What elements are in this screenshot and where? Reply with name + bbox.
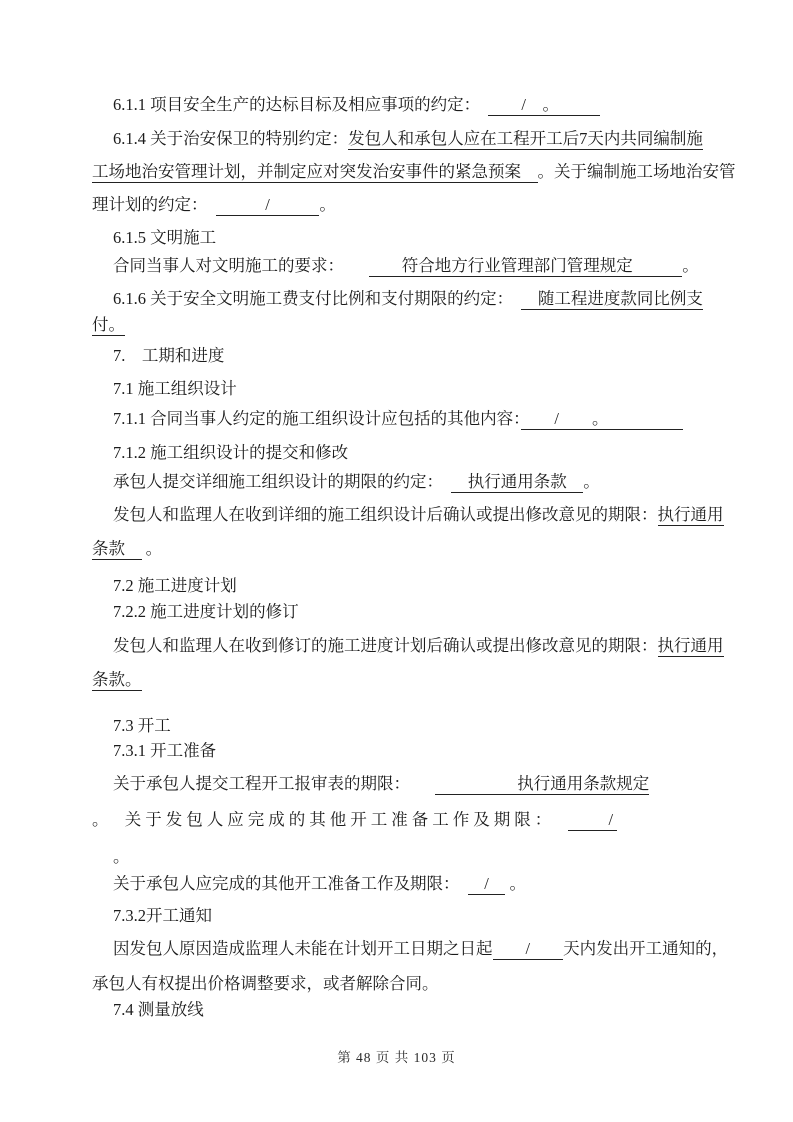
document-line: 6.1.4 关于治安保卫的特别约定：发包人和承包人应在工程开工后7天内共同编制施 [113, 127, 703, 151]
text-segment: 6.1.5 文明施工 [113, 228, 216, 247]
text-segment: 6.1.4 关于治安保卫的特别约定： [113, 129, 348, 148]
text-segment: 7.4 测量放线 [113, 1000, 204, 1019]
document-line: 7.1.1 合同当事人约定的施工组织设计应包括的其他内容： / 。 [113, 407, 683, 431]
text-segment [199, 195, 216, 214]
text-segment: 7.3.2开工通知 [113, 906, 212, 925]
text-segment [336, 256, 369, 275]
document-line: 理计划的约定： / 。 [92, 193, 336, 217]
filled-blank: 执行通用 [658, 505, 724, 526]
filled-blank: / [468, 874, 506, 895]
document-line: 6.1.6 关于安全文明施工费支付比例和支付期限的约定： 随工程进度款同比例支 [113, 287, 703, 311]
filled-blank: / [216, 195, 320, 216]
text-segment: 7.3 开工 [113, 716, 171, 735]
text-segment [505, 289, 522, 308]
filled-blank: 付。 [92, 315, 125, 336]
document-line: 7.1.2 施工组织设计的提交和修改 [113, 441, 348, 465]
document-line: 7.4 测量放线 [113, 998, 204, 1022]
filled-blank: 条款 [92, 539, 142, 560]
text-segment [104, 810, 125, 829]
document-line: 6.1.5 文明施工 [113, 226, 216, 250]
text-segment: 。 [92, 810, 104, 829]
document-line: 发包人和监理人在收到详细的施工组织设计后确认或提出修改意见的期限：执行通用 [113, 503, 724, 527]
filled-blank: 执行通用 [658, 636, 724, 657]
document-page: 第 48 页 共 103 页 6.1.1 项目安全生产的达标目标及相应事项的约定… [0, 0, 793, 1122]
document-line: 7. 工期和进度 [113, 344, 224, 368]
filled-blank: / 。 [488, 95, 600, 116]
text-segment: 7.2.2 施工进度计划的修订 [113, 602, 299, 621]
filled-blank: / [568, 810, 618, 831]
text-segment: 。 [583, 472, 600, 491]
document-line: 工场地治安管理计划，并制定应对突发治安事件的紧急预案 。关于编制施工场地治安管 [92, 160, 736, 184]
filled-blank: 执行通用条款规定 [435, 774, 650, 795]
text-segment: 7.3.1 开工准备 [113, 741, 216, 760]
document-line: 7.1 施工组织设计 [113, 377, 237, 401]
text-segment: 7.2 施工进度计划 [113, 576, 237, 595]
filled-blank: 随工程进度款同比例支 [521, 289, 703, 310]
filled-blank: 工场地治安管理计划，并制定应对突发治安事件的紧急预案 [92, 162, 538, 183]
text-segment [547, 810, 568, 829]
filled-blank: 符合地方行业管理部门管理规定 [369, 256, 683, 277]
text-segment: 。关于编制施工场地治安管 [538, 162, 736, 181]
filled-blank: 条款。 [92, 670, 142, 691]
page-footer: 第 48 页 共 103 页 [0, 1046, 793, 1066]
filled-blank: 发包人和承包人应在工程开工后7天内共同编制施 [348, 129, 703, 150]
text-segment [451, 874, 468, 893]
document-line: 7.2.2 施工进度计划的修订 [113, 600, 299, 624]
text-segment: 。 [505, 874, 526, 893]
text-segment: 承包人有权提出价格调整要求，或者解除合同。 [92, 974, 439, 993]
text-segment [472, 95, 489, 114]
document-line: 6.1.1 项目安全生产的达标目标及相应事项的约定： / 。 [113, 93, 600, 117]
document-line: 条款 。 [92, 537, 162, 561]
document-line: 7.3.2开工通知 [113, 904, 212, 928]
text-segment: 理计划的约定： [92, 195, 199, 214]
text-segment: 。 [319, 195, 336, 214]
document-line: 发包人和监理人在收到修订的施工进度计划后确认或提出修改意见的期限：执行通用 [113, 634, 724, 658]
text-segment: 。 [682, 256, 699, 275]
document-line: 。 [113, 845, 130, 869]
text-segment [435, 472, 452, 491]
text-segment: 。 [142, 539, 163, 558]
document-line: 7.2 施工进度计划 [113, 574, 237, 598]
text-segment: 7.1.1 合同当事人约定的施工组织设计应包括的其他内容： [113, 409, 521, 428]
document-line: 承包人有权提出价格调整要求，或者解除合同。 [92, 972, 439, 996]
text-segment: 6.1.1 项目安全生产的达标目标及相应事项的约定： [113, 95, 472, 114]
filled-blank: / 。 [521, 409, 682, 430]
text-segment: 承包人提交详细施工组织设计的期限的约定： [113, 472, 435, 491]
text-segment: 合同当事人对文明施工的要求： [113, 256, 336, 275]
text-segment: 天内发出开工通知的， [563, 939, 728, 958]
document-line: 7.3 开工 [113, 714, 171, 738]
text-segment: 关于承包人提交工程开工报审表的期限： [113, 774, 402, 793]
text-segment: 因发包人原因造成监理人未能在计划开工日期之日起 [113, 939, 493, 958]
text-segment: 关于发包人应完成的其他开工准备工作及期限： [125, 810, 547, 829]
document-line: 承包人提交详细施工组织设计的期限的约定： 执行通用条款 。 [113, 470, 600, 494]
document-line: 。 关于发包人应完成的其他开工准备工作及期限： / [92, 808, 617, 832]
text-segment: 7.1 施工组织设计 [113, 379, 237, 398]
text-segment [402, 774, 435, 793]
text-segment: 关于承包人应完成的其他开工准备工作及期限： [113, 874, 451, 893]
text-segment: 发包人和监理人在收到修订的施工进度计划后确认或提出修改意见的期限： [113, 636, 658, 655]
filled-blank: / [493, 939, 564, 960]
document-line: 付。 [92, 313, 125, 337]
document-line: 合同当事人对文明施工的要求： 符合地方行业管理部门管理规定 。 [113, 254, 699, 278]
document-line: 因发包人原因造成监理人未能在计划开工日期之日起 / 天内发出开工通知的， [113, 937, 728, 961]
text-segment: 7.1.2 施工组织设计的提交和修改 [113, 443, 348, 462]
document-line: 7.3.1 开工准备 [113, 739, 216, 763]
text-segment: 6.1.6 关于安全文明施工费支付比例和支付期限的约定： [113, 289, 505, 308]
document-line: 条款。 [92, 668, 142, 692]
document-line: 关于承包人应完成的其他开工准备工作及期限： / 。 [113, 872, 526, 896]
text-segment: 。 [113, 847, 130, 866]
text-segment: 7. 工期和进度 [113, 346, 224, 365]
filled-blank: 执行通用条款 [451, 472, 583, 493]
document-line: 关于承包人提交工程开工报审表的期限： 执行通用条款规定 [113, 772, 649, 796]
text-segment: 发包人和监理人在收到详细的施工组织设计后确认或提出修改意见的期限： [113, 505, 658, 524]
